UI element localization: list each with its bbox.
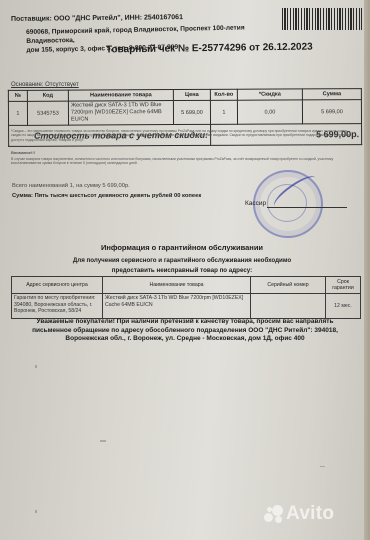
- column-header: Код: [27, 90, 68, 101]
- warranty-subtitle: предоставить неисправный товар по адресу…: [0, 267, 364, 274]
- signature-line: [267, 207, 347, 208]
- warranty-title: Информация о гарантийном обслуживании: [0, 243, 364, 252]
- product-sum: 5 699,00: [302, 100, 361, 124]
- product-code: 5345753: [27, 101, 68, 125]
- column-header: Кол-во: [210, 89, 237, 100]
- column-header: №: [8, 90, 27, 101]
- avito-brand-text: Avito: [286, 503, 334, 525]
- column-header: Серийный номер: [251, 277, 326, 294]
- paper-mark: [320, 466, 325, 467]
- avito-watermark: Avito: [264, 503, 334, 525]
- items-count-summary: Всего наименований 1, на сумму 5 699,00р…: [12, 183, 130, 189]
- table-header-row: Адрес сервисного центра Наименование тов…: [12, 277, 361, 294]
- barcode: [282, 8, 362, 30]
- product-qty: 1: [210, 100, 237, 124]
- column-header: Наименование товара: [103, 277, 251, 294]
- table-row: Гарантия по месту приобретения: 394080, …: [12, 294, 361, 319]
- product-discount: 0,00: [237, 100, 302, 124]
- customer-notice: Уважаемые покупатели! При наличии претен…: [20, 318, 350, 344]
- amount-in-words: Сумма: Пять тысяч шестьсот девяносто дев…: [12, 193, 201, 199]
- column-header: Адрес сервисного центра: [12, 277, 103, 294]
- warranty-term: 12 мес.: [326, 294, 361, 319]
- serial-number: [251, 294, 326, 319]
- attention-title: Внимание!!!: [11, 151, 356, 155]
- cashier-label: Кассир: [245, 200, 266, 207]
- column-header: *Скидка: [237, 89, 302, 100]
- attention-text: В случае возврата товара покупателем, оп…: [11, 157, 356, 166]
- paper-mark: [100, 440, 106, 442]
- paper-mark: [35, 510, 37, 513]
- product-name: Жесткий диск SATA-3 1Tb WD Blue 7200rpm …: [68, 101, 173, 126]
- service-address: Гарантия по месту приобретения: 394080, …: [12, 294, 103, 319]
- column-header: Срок гарантии: [326, 277, 361, 294]
- row-number: 1: [8, 101, 27, 125]
- table-row: 1 5345753 Жесткий диск SATA-3 1Tb WD Blu…: [8, 100, 361, 126]
- discount-note: *Скидка – это уменьшение стоимости товар…: [11, 129, 356, 142]
- paper-edge: [364, 0, 370, 540]
- column-header: Цена: [173, 89, 210, 100]
- warranty-subtitle: Для получения сервисного и гарантийного …: [0, 257, 364, 264]
- product-name: Жесткий диск SATA-3 1Tb WD Blue 7200rpm …: [103, 294, 251, 319]
- basis-label: Основание: Отсутствует: [11, 82, 79, 88]
- product-price: 5 699,00: [173, 100, 210, 124]
- column-header: Наименование товара: [68, 90, 173, 102]
- column-header: Сумма: [302, 89, 361, 100]
- paper-mark: [35, 365, 37, 368]
- warranty-table: Адрес сервисного центра Наименование тов…: [11, 276, 361, 319]
- avito-logo-icon: [264, 505, 284, 523]
